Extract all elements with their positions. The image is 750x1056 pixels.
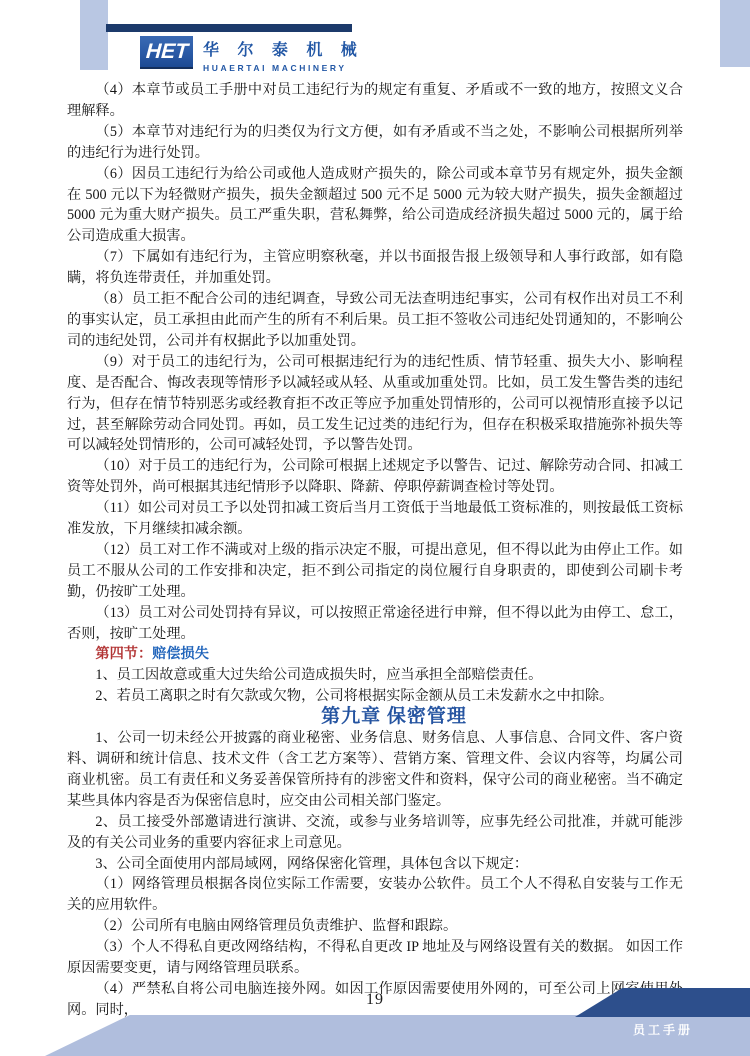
header-right-accent: [720, 0, 750, 67]
section-heading: 第四节：赔偿损失: [67, 644, 683, 665]
body-paragraph: （2）公司所有电脑由网络管理员负责维护、监督和跟踪。: [67, 916, 683, 937]
body-paragraph: 3、公司全面使用内部局域网，网络保密化管理，具体包含以下规定：: [67, 854, 683, 875]
section-item: 2、若员工离职之时有欠款或欠物，公司将根据实际金额从员工未发薪水之中扣除。: [67, 686, 683, 707]
body-paragraph: （4）本章节或员工手册中对员工违纪行为的规定有重复、矛盾或不一致的地方，按照文义…: [67, 80, 683, 122]
body-paragraph: （6）因员工违纪行为给公司或他人造成财产损失的，除公司或本章节另有规定外，损失金…: [67, 164, 683, 248]
header-left-accent: [80, 0, 108, 70]
section-heading-prefix: 第四节：: [95, 646, 152, 662]
body-paragraph: 2、员工接受外部邀请进行演讲、交流，或参与业务培训等，应事先经公司批准，并就可能…: [67, 812, 683, 854]
document-body: （4）本章节或员工手册中对员工违纪行为的规定有重复、矛盾或不一致的地方，按照文义…: [67, 80, 683, 1021]
body-paragraph: （13）员工对公司处罚持有异议，可以按照正常途径进行申辩，但不得以此为由停工、怠…: [67, 603, 683, 645]
company-logo-text: HET: [145, 40, 189, 64]
body-paragraph: （9）对于员工的违纪行为，公司可根据违纪行为的违纪性质、情节轻重、损失大小、影响…: [67, 352, 683, 457]
body-paragraph: （10）对于员工的违纪行为，公司除可根据上述规定予以警告、记过、解除劳动合同、扣…: [67, 456, 683, 498]
company-name-cn: 华 尔 泰 机 械: [203, 37, 364, 60]
section-heading-title: 赔偿损失: [152, 646, 209, 662]
chapter-title: 第九章 保密管理: [67, 707, 683, 728]
body-paragraph: 1、公司一切未经公开披露的商业秘密、业务信息、财务信息、人事信息、合同文件、客户…: [67, 728, 683, 812]
body-paragraph: （12）员工对工作不满或对上级的指示决定不服，可提出意见，但不得以此为由停止工作…: [67, 540, 683, 603]
handbook-label: 员工手册: [633, 1021, 693, 1038]
company-name-block: 华 尔 泰 机 械 HUAERTAI MACHINERY: [203, 37, 364, 73]
body-paragraph: （11）如公司对员工予以处罚扣减工资后当月工资低于当地最低工资标准的，则按最低工…: [67, 498, 683, 540]
section-item: 1、员工因故意或重大过失给公司造成损失时，应当承担全部赔偿责任。: [67, 665, 683, 686]
body-paragraph: （8）员工拒不配合公司的违纪调查，导致公司无法查明违纪事实，公司有权作出对员工不…: [67, 289, 683, 352]
body-paragraph: （7）下属如有违纪行为，主管应明察秋毫，并以书面报告报上级领导和人事行政部，如有…: [67, 247, 683, 289]
company-name-en: HUAERTAI MACHINERY: [203, 63, 364, 73]
body-paragraph: （5）本章节对违纪行为的归类仅为行文方便，如有矛盾或不当之处，不影响公司根据所列…: [67, 122, 683, 164]
header-rule: [106, 24, 352, 32]
body-paragraph: （1）网络管理员根据各岗位实际工作需要，安装办公软件。员工个人不得私自安装与工作…: [67, 874, 683, 916]
body-paragraph: （3）个人不得私自更改网络结构，不得私自更改 IP 地址及与网络设置有关的数据。…: [67, 937, 683, 979]
company-logo: HET: [140, 36, 193, 69]
